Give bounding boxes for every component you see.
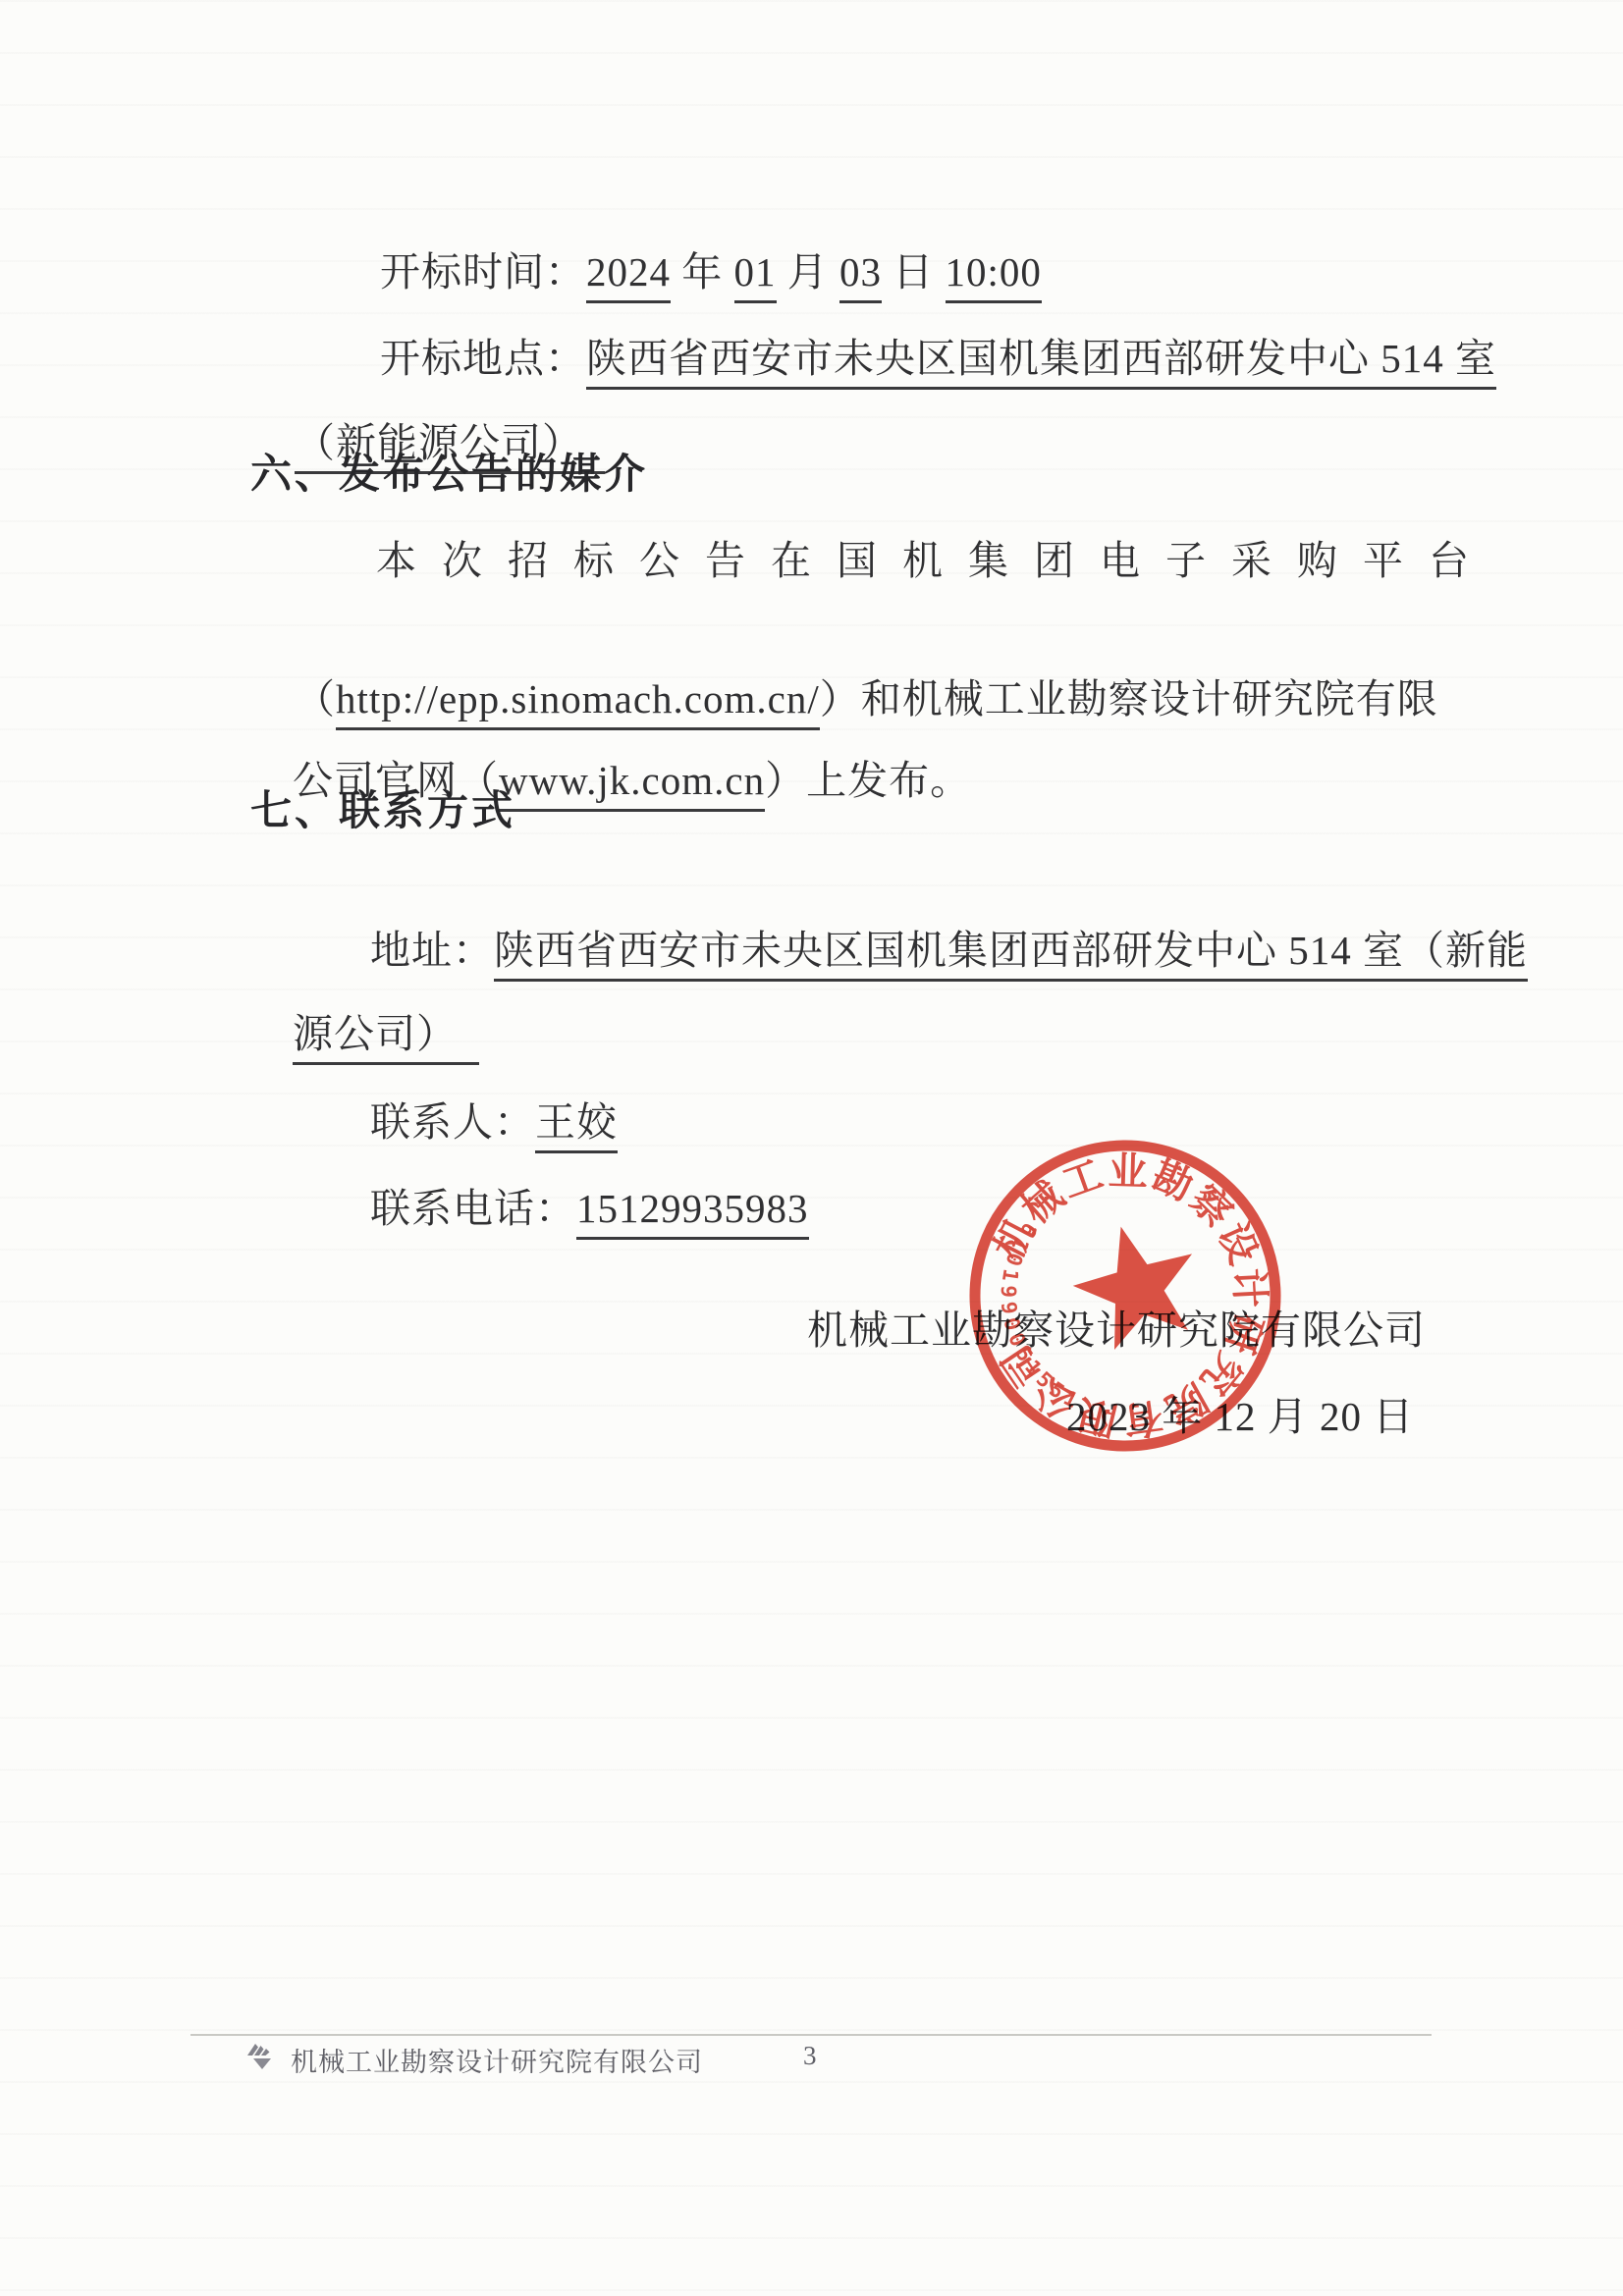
official-seal-graphic: 机械工业勘察设计研究院有限公司 6101990051551 <box>949 1120 1300 1470</box>
bid-opening-place-value: 陕西省西安市未央区国机集团西部研发中心 514 室 <box>586 336 1496 390</box>
contact-phone-value: 15129935983 <box>576 1186 809 1240</box>
media-paragraph-line1: 本次招标公告在国机集团电子采购平台 <box>376 534 1494 587</box>
footer-divider <box>190 2034 1432 2036</box>
section-6-heading: 六、发布公告的媒介 <box>250 448 648 501</box>
footer-company-name: 机械工业勘察设计研究院有限公司 <box>291 2041 703 2079</box>
official-site-url: www.jk.com.cn <box>499 758 765 812</box>
official-site-post: ）上发布。 <box>765 758 971 803</box>
contact-phone-label: 联系电话： <box>370 1186 576 1231</box>
seal-star-icon <box>1061 1210 1211 1356</box>
address-line: 地址：陕西省西安市未央区国机集团西部研发中心 514 室（新能 <box>326 871 1528 1030</box>
section-7-heading: 七、联系方式 <box>250 784 515 837</box>
address-value: 陕西省西安市未央区国机集团西部研发中心 514 室（新能 <box>494 928 1528 982</box>
scanned-tender-notice-page: 开标时间：2024 年 01 月 03 日 10:00 开标地点：陕西省西安市未… <box>0 0 1623 2296</box>
contact-phone-line: 联系电话：15129935983 <box>326 1129 809 1288</box>
company-logo-icon <box>245 2042 279 2071</box>
official-seal: 机械工业勘察设计研究院有限公司 6101990051551 <box>949 1120 1300 1470</box>
footer-page-number: 3 <box>803 2041 818 2071</box>
